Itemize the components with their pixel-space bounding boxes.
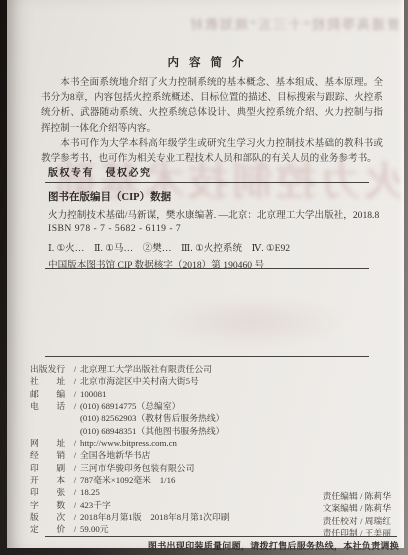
colophon-value: (010) 68948351（其他图书服务热线） [80,425,224,437]
copyright-notice: 版权专有 侵权必究 [48,164,152,179]
colophon-slash: / [70,511,80,523]
colophon-slash: / [70,400,80,412]
colophon-row-address: 社 址/北京市海淀区中关村南大街5号 [30,375,300,387]
colophon-row-phone-2: (010) 82562903（教材售后服务热线） [30,412,300,424]
colophon-label: 邮 编 [30,388,70,400]
staff-row-copy-editor: 文案编辑 / 陈莉华 [323,502,391,514]
staff-row-editor: 责任编辑 / 陈莉华 [323,490,391,502]
rule-divider-footer [45,536,397,537]
colophon-value: (010) 68914775（总编室） [80,400,180,412]
staff-row-proofreader: 责任校对 / 周瑞红 [323,515,391,527]
colophon-label: 开 本 [30,474,70,486]
isbn-number: ISBN 978 - 7 - 5682 - 6119 - 7 [48,223,181,234]
colophon-label: 出版发行 [30,363,70,375]
rule-divider-top [45,182,369,183]
colophon-row-format: 开 本/787毫米×1092毫米 1/16 [30,474,300,486]
colophon-slash: / [70,486,80,498]
colophon-label: 网 址 [30,437,70,449]
scanned-copyright-page: { "page": { "intro": { "title": "内容简介", … [0,0,408,555]
colophon-row-wordcount: 字 数/423千字 [30,499,300,511]
cip-classification: Ⅰ. ①火… Ⅱ. ①马… ②樊… Ⅲ. ①火控系统 Ⅳ. ①E92 [48,240,290,254]
colophon-value: (010) 82562903（教材售后服务热线） [80,412,224,424]
colophon-list: 出版发行/北京理工大学出版社有限责任公司 社 址/北京市海淀区中关村南大街5号 … [30,363,300,536]
rule-divider-colophon-top [45,356,369,357]
rule-divider-cip-bottom [45,268,369,269]
colophon-row-publisher: 出版发行/北京理工大学出版社有限责任公司 [30,363,300,375]
colophon-value: 三河市华骏印务包装有限公司 [80,462,194,474]
colophon-slash: / [70,523,80,535]
colophon-label: 印 刷 [30,462,70,474]
colophon-label: 经 销 [30,449,70,461]
colophon-slash: / [70,449,80,461]
colophon-value: 100081 [80,388,106,400]
colophon-slash: / [70,375,80,387]
colophon-row-edition: 版 次/2018年8月第1版 2018年8月第1次印刷 [30,511,300,523]
colophon-value: 787毫米×1092毫米 1/16 [80,474,175,486]
cip-heading: 图书在版编目（CIP）数据 [48,189,171,204]
colophon-row-distribution: 经 销/全国各地新华书店 [30,449,300,461]
colophon-value: 423千字 [80,499,111,511]
colophon-label: 版 次 [30,511,70,523]
colophon-row-postcode: 邮 编/100081 [30,388,300,400]
book-page: 普通高等院校“十三五”规划教材 火力控制技术基础 内容简介 本书全面系统地介绍了… [7,0,404,548]
colophon-label: 印 张 [30,486,70,498]
bleedthrough-smudge [157,296,347,348]
intro-paragraph-2: 本书可作为大学本科高年级学生或研究生学习火力控制技术基础的教科书或教学参考书，也… [41,136,383,166]
colophon-row-price: 定 价/59.00元 [30,523,300,535]
colophon-row-printing: 印 刷/三河市华骏印务包装有限公司 [30,462,300,474]
colophon-value: 全国各地新华书店 [80,449,150,461]
intro-paragraphs: 本书全面系统地介绍了火力控制系统的基本概念、基本组成、基本原理。全书分为8章，内… [41,75,383,166]
colophon-label [30,425,70,437]
intro-paragraph-1: 本书全面系统地介绍了火力控制系统的基本概念、基本组成、基本原理。全书分为8章，内… [41,75,383,136]
colophon-slash: / [70,499,80,511]
colophon-value: 北京理工大学出版社有限责任公司 [80,363,212,375]
cip-entry: 火力控制技术基础/马新谋，樊水康编著. —北京：北京理工大学出版社，2018.8 [48,207,386,221]
colophon-slash [70,425,80,437]
colophon-slash: / [70,474,80,486]
colophon-row-website: 网 址/http://www.bitpress.com.cn [30,437,300,449]
colophon-row-phone-1: 电 话/(010) 68914775（总编室） [30,400,300,412]
footer-quality-notice: 图书出现印装质量问题，请拨打售后服务热线，本社负责调换 [148,539,399,552]
colophon-slash: / [70,437,80,449]
colophon-value: 59.00元 [80,523,109,535]
colophon-slash: / [70,462,80,474]
colophon-row-phone-3: (010) 68948351（其他图书服务热线） [30,425,300,437]
colophon-value: 18.25 [80,486,100,498]
colophon-label: 社 址 [30,375,70,387]
staff-row-print-supervisor: 责任印制 / 王美丽 [323,527,391,539]
colophon-slash: / [70,363,80,375]
colophon-value: 2018年8月第1版 2018年8月第1次印刷 [80,511,230,523]
staff-credits: 责任编辑 / 陈莉华 文案编辑 / 陈莉华 责任校对 / 周瑞红 责任印制 / … [323,490,391,539]
colophon-label: 字 数 [30,499,70,511]
colophon-value: http://www.bitpress.com.cn [80,437,177,449]
colophon-slash: / [70,388,80,400]
bleedthrough-series-header: 普通高等院校“十三五”规划教材 [188,14,400,33]
colophon-label: 电 话 [30,400,70,412]
colophon-label [30,412,70,424]
intro-heading: 内容简介 [7,54,404,70]
colophon-row-sheets: 印 张/18.25 [30,486,300,498]
colophon-value: 北京市海淀区中关村南大街5号 [80,375,199,387]
colophon-label: 定 价 [30,523,70,535]
colophon-slash [70,412,80,424]
